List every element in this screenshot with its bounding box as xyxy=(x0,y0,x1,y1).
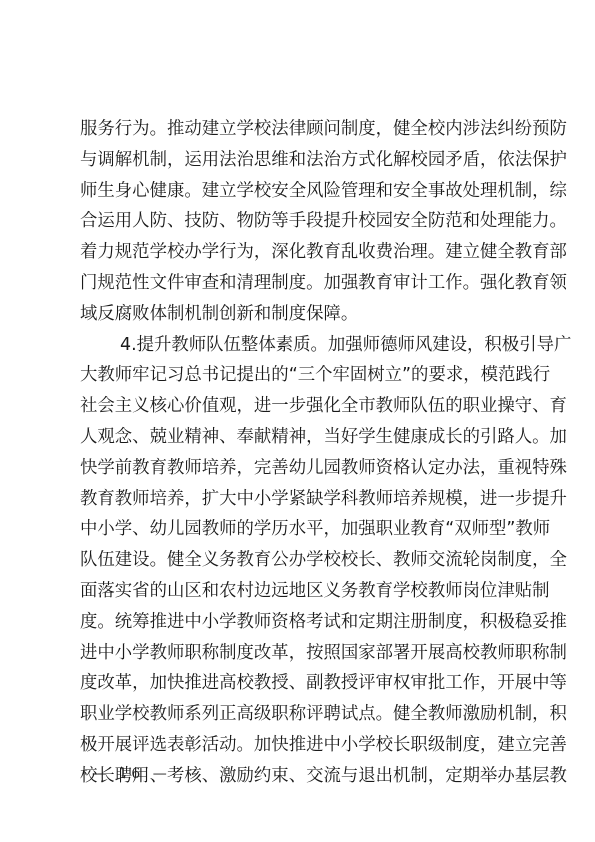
text-line: 度。统筹推进中小学教师资格考试和定期注册制度，积极稳妥推 xyxy=(80,607,520,638)
text-line: 人观念、兢业精神、奉献精神，当好学生健康成长的引路人。加 xyxy=(80,422,520,453)
text-line: 中小学、幼儿园教师的学历水平，加强职业教育“双师型”教师 xyxy=(80,514,520,545)
text-line: 师生身心健康。建立学校安全风险管理和安全事故处理机制，综 xyxy=(80,176,520,207)
text-line: 教育教师培养，扩大中小学紧缺学科教师培养规模，进一步提升 xyxy=(80,484,520,515)
text-line: 队伍建设。健全义务教育公办学校校长、教师交流轮岗制度，全 xyxy=(80,545,520,576)
body-text: 服务行为。推动建立学校法律顾问制度，健全校内涉法纠纷预防 与调解机制，运用法治思… xyxy=(80,114,520,792)
document-page: 服务行为。推动建立学校法律顾问制度，健全校内涉法纠纷预防 与调解机制，运用法治思… xyxy=(0,0,595,842)
text-line: 服务行为。推动建立学校法律顾问制度，健全校内涉法纠纷预防 xyxy=(80,114,520,145)
text-line: 门规范性文件审查和清理制度。加强教育审计工作。强化教育领 xyxy=(80,268,520,299)
text-line: 职业学校教师系列正高级职称评聘试点。健全教师激励机制，积 xyxy=(80,699,520,730)
text-line: 快学前教育教师培养，完善幼儿园教师资格认定办法，重视特殊 xyxy=(80,453,520,484)
text-line: 进中小学教师职称制度改革，按照国家部署开展高校教师职称制 xyxy=(80,638,520,669)
text-line: 域反腐败体制机制创新和制度保障。 xyxy=(80,299,520,330)
text-line: 面落实省的山区和农村边远地区义务教育学校教师岗位津贴制 xyxy=(80,576,520,607)
section-heading-line: 4.提升教师队伍整体素质。加强师德师风建设，积极引导广 xyxy=(80,330,520,361)
text-line: 大教师牢记习总书记提出的“三个牢固树立”的要求，模范践行 xyxy=(80,360,520,391)
text-line: 合运用人防、技防、物防等手段提升校园安全防范和处理能力。 xyxy=(80,206,520,237)
page-number: — 16 — xyxy=(92,766,171,782)
text-line: 着力规范学校办学行为，深化教育乱收费治理。建立健全教育部 xyxy=(80,237,520,268)
text-line: 度改革，加快推进高校教授、副教授评审权审批工作，开展中等 xyxy=(80,668,520,699)
text-line: 与调解机制，运用法治思维和法治方式化解校园矛盾，依法保护 xyxy=(80,145,520,176)
text-line: 极开展评选表彰活动。加快推进中小学校长职级制度，建立完善 xyxy=(80,730,520,761)
text-line: 社会主义核心价值观，进一步强化全市教师队伍的职业操守、育 xyxy=(80,391,520,422)
